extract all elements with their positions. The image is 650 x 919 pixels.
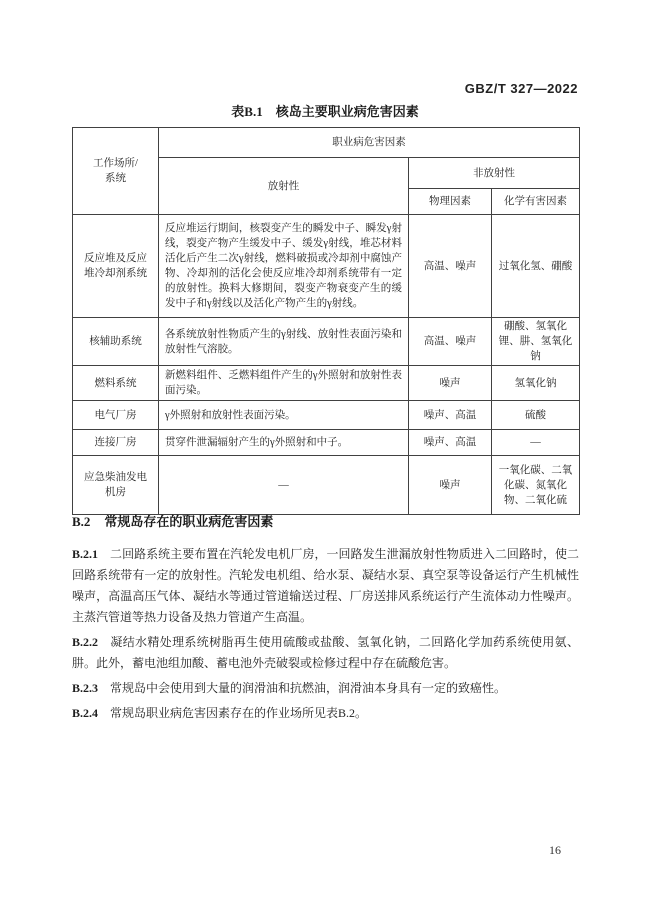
cell-radioactive: — — [159, 456, 409, 515]
paragraph-text: 常规岛职业病危害因素存在的作业场所见表B.2。 — [110, 706, 367, 720]
paragraph-text: 常规岛中会使用到大量的润滑油和抗燃油，润滑油本身具有一定的致癌性。 — [110, 681, 506, 695]
paragraph-b2-1: B.2.1二回路系统主要布置在汽轮发电机厂房，一回路发生泄漏放射性物质进入二回路… — [72, 544, 579, 628]
cell-workplace: 应急柴油发电机房 — [73, 456, 159, 515]
table-title: 表B.1 核岛主要职业病危害因素 — [0, 101, 650, 120]
cell-chemical: 硫酸 — [492, 401, 580, 430]
paragraph-text: 凝结水精处理系统树脂再生使用硫酸或盐酸、氢氧化钠，二回路化学加药系统使用氨、肼。… — [72, 635, 579, 670]
section-b2: B.2常规岛存在的职业病危害因素 B.2.1二回路系统主要布置在汽轮发电机厂房，… — [72, 512, 579, 728]
page-number: 16 — [0, 843, 650, 858]
table-b1: 工作场所/ 系统 职业病危害因素 放射性 非放射性 物理因素 化学有害因素 反应… — [72, 127, 580, 515]
paragraph-label: B.2.1 — [72, 547, 98, 561]
paragraph-label: B.2.2 — [72, 635, 98, 649]
header-cell-workplace: 工作场所/ 系统 — [73, 128, 159, 215]
cell-chemical: 氢氧化钠 — [492, 366, 580, 401]
section-b2-title: 常规岛存在的职业病危害因素 — [104, 514, 273, 529]
cell-physical: 噪声、高温 — [409, 430, 492, 456]
cell-radioactive: 反应堆运行期间，核裂变产生的瞬发中子、瞬发γ射线，裂变产物产生缓发中子、缓发γ射… — [159, 215, 409, 318]
cell-workplace: 连接厂房 — [73, 430, 159, 456]
cell-radioactive: 各系统放射性物质产生的γ射线、放射性表面污染和放射性气溶胶。 — [159, 318, 409, 366]
cell-physical: 噪声 — [409, 456, 492, 515]
section-b2-heading: B.2常规岛存在的职业病危害因素 — [72, 512, 579, 532]
table-row: 燃料系统 新燃料组件、乏燃料组件产生的γ外照射和放射性表面污染。 噪声 氢氧化钠 — [73, 366, 580, 401]
doc-number: GBZ/T 327—2022 — [465, 81, 578, 96]
header-cell-chemical: 化学有害因素 — [492, 189, 580, 215]
cell-chemical: — — [492, 430, 580, 456]
header-cell-radioactive: 放射性 — [159, 158, 409, 215]
paragraph-b2-3: B.2.3常规岛中会使用到大量的润滑油和抗燃油，润滑油本身具有一定的致癌性。 — [72, 678, 579, 699]
header-cell-hazards: 职业病危害因素 — [159, 128, 580, 158]
cell-workplace: 反应堆及反应堆冷却剂系统 — [73, 215, 159, 318]
header-cell-physical: 物理因素 — [409, 189, 492, 215]
cell-workplace: 电气厂房 — [73, 401, 159, 430]
header-cell-nonradioactive: 非放射性 — [409, 158, 580, 189]
cell-workplace: 燃料系统 — [73, 366, 159, 401]
paragraph-b2-4: B.2.4常规岛职业病危害因素存在的作业场所见表B.2。 — [72, 703, 579, 724]
cell-physical: 高温、噪声 — [409, 215, 492, 318]
table-row: 连接厂房 贯穿件泄漏辐射产生的γ外照射和中子。 噪声、高温 — — [73, 430, 580, 456]
paragraph-text: 二回路系统主要布置在汽轮发电机厂房，一回路发生泄漏放射性物质进入二回路时，使二回… — [72, 547, 579, 624]
cell-radioactive: γ外照射和放射性表面污染。 — [159, 401, 409, 430]
cell-physical: 噪声 — [409, 366, 492, 401]
table-row: 反应堆及反应堆冷却剂系统 反应堆运行期间，核裂变产生的瞬发中子、瞬发γ射线，裂变… — [73, 215, 580, 318]
cell-radioactive: 新燃料组件、乏燃料组件产生的γ外照射和放射性表面污染。 — [159, 366, 409, 401]
cell-physical: 噪声、高温 — [409, 401, 492, 430]
table-header-row-1: 工作场所/ 系统 职业病危害因素 — [73, 128, 580, 158]
paragraph-b2-2: B.2.2凝结水精处理系统树脂再生使用硫酸或盐酸、氢氧化钠，二回路化学加药系统使… — [72, 632, 579, 674]
table-row: 电气厂房 γ外照射和放射性表面污染。 噪声、高温 硫酸 — [73, 401, 580, 430]
document-page: GBZ/T 327—2022 表B.1 核岛主要职业病危害因素 工作场所/ 系统… — [0, 0, 650, 919]
paragraph-label: B.2.4 — [72, 706, 98, 720]
cell-radioactive: 贯穿件泄漏辐射产生的γ外照射和中子。 — [159, 430, 409, 456]
table-row: 应急柴油发电机房 — 噪声 一氧化碳、二氧化碳、氮氧化物、二氧化硫 — [73, 456, 580, 515]
cell-chemical: 过氧化氢、硼酸 — [492, 215, 580, 318]
section-b2-label: B.2 — [72, 514, 90, 529]
cell-chemical: 硼酸、氢氧化锂、肼、氢氧化钠 — [492, 318, 580, 366]
cell-chemical: 一氧化碳、二氧化碳、氮氧化物、二氧化硫 — [492, 456, 580, 515]
cell-physical: 高温、噪声 — [409, 318, 492, 366]
table-row: 核辅助系统 各系统放射性物质产生的γ射线、放射性表面污染和放射性气溶胶。 高温、… — [73, 318, 580, 366]
cell-workplace: 核辅助系统 — [73, 318, 159, 366]
paragraph-label: B.2.3 — [72, 681, 98, 695]
